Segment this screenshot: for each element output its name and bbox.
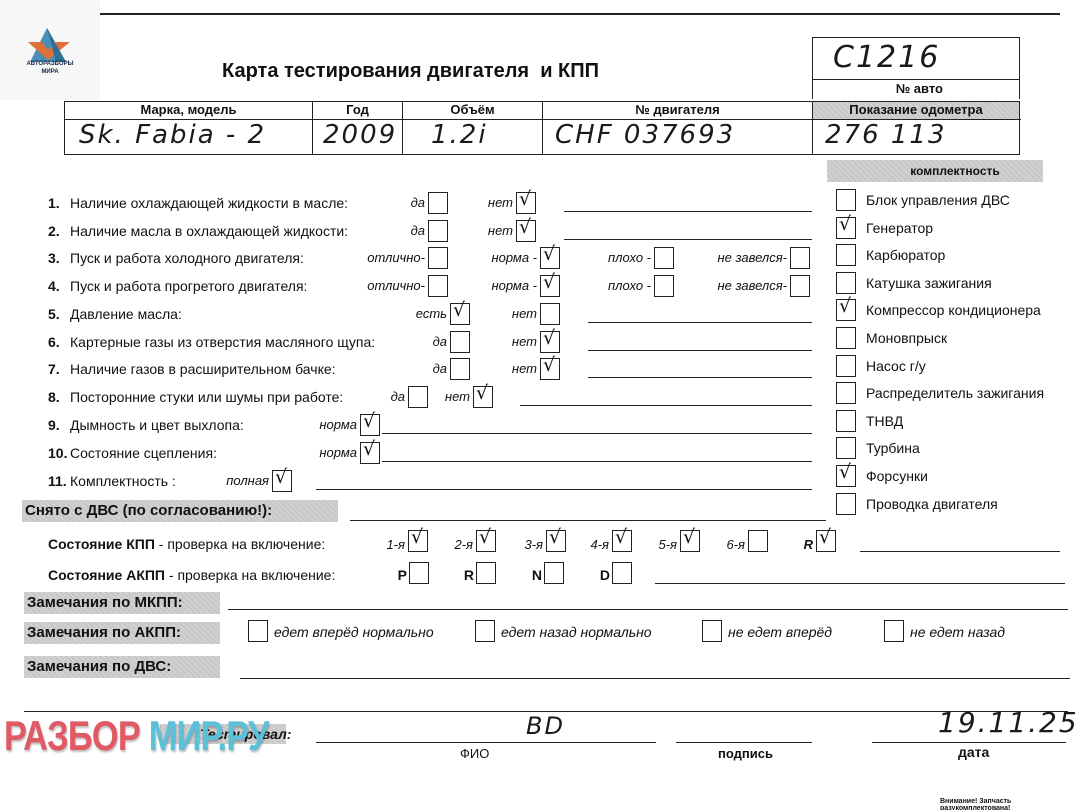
watermark-part1: РАЗБОР <box>4 712 140 759</box>
comment-line[interactable] <box>382 433 812 434</box>
completeness-checkbox[interactable] <box>836 382 856 404</box>
gear-label: R <box>464 567 474 583</box>
question-number: 3. <box>48 250 60 266</box>
question-number: 1. <box>48 195 60 211</box>
manual-gearbox-label: Состояние КПП - проверка на включение: <box>48 536 325 552</box>
comment-line[interactable] <box>382 461 812 462</box>
sign-label: подпись <box>718 746 773 761</box>
car-number-label: № авто <box>812 79 1020 99</box>
gear-checkbox[interactable] <box>612 562 632 584</box>
question-number: 10. <box>48 445 67 461</box>
question-label: Дымность и цвет выхлопа: <box>70 417 244 433</box>
question-number: 9. <box>48 417 60 433</box>
notice-text: Внимание! Запчасть разукомплектована! <box>940 798 1080 810</box>
checkmark-icon: √ <box>543 356 555 375</box>
gear-checkbox[interactable]: √ <box>408 530 428 552</box>
completeness-checkbox[interactable] <box>836 244 856 266</box>
question-label: Наличие газов в расширительном бачке: <box>70 361 336 377</box>
engine-number-value[interactable]: CHF 037693 <box>555 120 735 150</box>
completeness-label: Форсунки <box>866 468 928 484</box>
question-number: 2. <box>48 223 60 239</box>
option-label: да <box>411 223 425 238</box>
remarks-mkpp-label: Замечания по МКПП: <box>24 592 220 614</box>
checkmark-icon: √ <box>839 463 851 482</box>
date-label: дата <box>958 744 989 760</box>
gear-label: 1-я <box>386 537 405 552</box>
checkmark-icon: √ <box>519 190 531 209</box>
completeness-checkbox[interactable] <box>836 272 856 294</box>
question-label: Наличие масла в охлаждающей жидкости: <box>70 223 348 239</box>
checkmark-icon: √ <box>549 528 561 547</box>
completeness-header: комплектность <box>827 160 1043 182</box>
option-label: да <box>391 389 405 404</box>
removed-label: Снято с ДВС (по согласованию!): <box>22 500 338 522</box>
option-label: да <box>433 334 447 349</box>
option-label: плохо - <box>608 250 651 265</box>
completeness-label: Карбюратор <box>866 247 945 263</box>
option-checkbox[interactable]: √ <box>360 414 380 436</box>
header-col-odometer: Показание одометра <box>813 102 1019 119</box>
completeness-label: Распределитель зажигания <box>866 385 1044 401</box>
gear-label: 6-я <box>726 537 745 552</box>
question-number: 4. <box>48 278 60 294</box>
completeness-checkbox[interactable]: √ <box>836 299 856 321</box>
completeness-checkbox[interactable] <box>836 355 856 377</box>
checkmark-icon: √ <box>519 218 531 237</box>
auto-gearbox-line[interactable] <box>655 583 1065 584</box>
volume-value[interactable]: 1.2i <box>431 120 488 150</box>
option-label: нет <box>488 195 513 210</box>
option-checkbox[interactable] <box>450 331 470 353</box>
completeness-label: Насос г/у <box>866 358 926 374</box>
completeness-label: Моновпрыск <box>866 330 947 346</box>
option-checkbox[interactable] <box>408 386 428 408</box>
fio-line[interactable] <box>316 742 656 743</box>
checkmark-icon: √ <box>819 528 831 547</box>
question-number: 8. <box>48 389 60 405</box>
akpp-option-checkbox[interactable] <box>248 620 268 642</box>
option-label: норма <box>319 417 357 432</box>
header-table: Марка, модель Год Объём № двигателя Пока… <box>64 101 1020 155</box>
akpp-option-label: едет вперёд нормально <box>274 624 434 640</box>
date-line[interactable] <box>872 742 1066 743</box>
option-checkbox[interactable]: √ <box>516 220 536 242</box>
comment-line[interactable] <box>588 377 812 378</box>
checkmark-icon: √ <box>363 412 375 431</box>
gear-checkbox[interactable]: √ <box>612 530 632 552</box>
option-label: нет <box>512 361 537 376</box>
checkmark-icon: √ <box>275 468 287 487</box>
completeness-label: Компрессор кондиционера <box>866 302 1041 318</box>
checkmark-icon: √ <box>543 273 555 292</box>
question-label: Состояние сцепления: <box>70 445 217 461</box>
auto-gearbox-label: Состояние АКПП - проверка на включение: <box>48 567 335 583</box>
option-label: нет <box>445 389 470 404</box>
gear-checkbox[interactable] <box>544 562 564 584</box>
watermark-part2: МИР.РУ <box>149 712 269 759</box>
fio-label: ФИО <box>460 746 489 761</box>
gear-checkbox[interactable] <box>476 562 496 584</box>
option-checkbox[interactable]: √ <box>540 358 560 380</box>
option-checkbox[interactable]: √ <box>473 386 493 408</box>
checkmark-icon: √ <box>543 329 555 348</box>
completeness-checkbox[interactable]: √ <box>836 217 856 239</box>
completeness-label: ТНВД <box>866 413 903 429</box>
remarks-dvs-line[interactable] <box>240 678 1070 679</box>
gear-label: P <box>398 567 407 583</box>
car-number-value: C1216 <box>833 40 940 75</box>
completeness-label: Генератор <box>866 220 933 236</box>
option-label: нет <box>512 306 537 321</box>
question-label: Пуск и работа прогретого двигателя: <box>70 278 307 294</box>
option-checkbox[interactable] <box>428 220 448 242</box>
option-label: не завелся- <box>717 278 787 293</box>
checkmark-icon: √ <box>479 528 491 547</box>
checkmark-icon: √ <box>453 301 465 320</box>
page-title: Карта тестирования двигателя и КПП <box>222 60 599 83</box>
sign-line[interactable] <box>676 742 812 743</box>
completeness-label: Блок управления ДВС <box>866 192 1010 208</box>
akpp-option-label: не едет назад <box>910 624 1005 640</box>
option-checkbox[interactable] <box>428 247 448 269</box>
completeness-checkbox[interactable] <box>836 327 856 349</box>
completeness-checkbox[interactable] <box>836 493 856 515</box>
option-checkbox[interactable]: √ <box>540 331 560 353</box>
option-checkbox[interactable] <box>450 358 470 380</box>
completeness-label: Катушка зажигания <box>866 275 992 291</box>
logo-mountain-icon <box>0 20 100 90</box>
option-label: да <box>433 361 447 376</box>
year-value[interactable]: 2009 <box>323 120 397 150</box>
question-label: Посторонние стуки или шумы при работе: <box>70 389 343 405</box>
top-border-line <box>100 13 1060 15</box>
comment-line[interactable] <box>564 211 812 212</box>
option-checkbox[interactable] <box>428 192 448 214</box>
question-label: Наличие охлаждающей жидкости в масле: <box>70 195 348 211</box>
gear-label: D <box>600 567 610 583</box>
option-checkbox[interactable] <box>790 275 810 297</box>
question-label: Давление масла: <box>70 306 182 322</box>
completeness-checkbox[interactable]: √ <box>836 465 856 487</box>
option-label: норма - <box>491 278 537 293</box>
option-checkbox[interactable] <box>790 247 810 269</box>
option-checkbox[interactable] <box>428 275 448 297</box>
watermark: РАЗБОР МИР.РУ <box>4 712 269 760</box>
question-number: 5. <box>48 306 60 322</box>
gear-checkbox[interactable]: √ <box>816 530 836 552</box>
akpp-option-checkbox[interactable] <box>884 620 904 642</box>
completeness-label: Проводка двигателя <box>866 496 998 512</box>
option-label: отлично- <box>367 278 425 293</box>
manual-gearbox-line[interactable] <box>860 551 1060 552</box>
checkmark-icon: √ <box>363 440 375 459</box>
gear-checkbox[interactable] <box>748 530 768 552</box>
question-label: Пуск и работа холодного двигателя: <box>70 250 304 266</box>
checkmark-icon: √ <box>476 384 488 403</box>
option-checkbox[interactable]: √ <box>272 470 292 492</box>
question-number: 7. <box>48 361 60 377</box>
option-checkbox[interactable]: √ <box>360 442 380 464</box>
remarks-akpp-label: Замечания по АКПП: <box>24 622 220 644</box>
option-checkbox[interactable]: √ <box>450 303 470 325</box>
option-checkbox[interactable] <box>540 303 560 325</box>
option-checkbox[interactable]: √ <box>540 275 560 297</box>
question-number: 6. <box>48 334 60 350</box>
option-label: норма - <box>491 250 537 265</box>
odometer-value[interactable]: 276 113 <box>825 120 947 150</box>
gear-label: N <box>532 567 542 583</box>
option-label: нет <box>488 223 513 238</box>
question-label: Комплектность : <box>70 473 176 489</box>
remarks-mkpp-line[interactable] <box>228 609 1068 610</box>
car-number-box: C1216 <box>812 37 1020 80</box>
option-label: есть <box>416 306 447 321</box>
checkmark-icon: √ <box>839 215 851 234</box>
option-label: не завелся- <box>717 250 787 265</box>
option-label: нет <box>512 334 537 349</box>
gear-label: R <box>804 537 813 552</box>
akpp-option-label: едет назад нормально <box>501 624 652 640</box>
completeness-checkbox[interactable] <box>836 410 856 432</box>
logo: АВТОРАЗБОРЫ МИРА <box>0 0 100 100</box>
checkmark-icon: √ <box>683 528 695 547</box>
completeness-checkbox[interactable] <box>836 189 856 211</box>
gear-label: 4-я <box>590 537 609 552</box>
checkmark-icon: √ <box>615 528 627 547</box>
gear-label: 2-я <box>454 537 473 552</box>
akpp-option-checkbox[interactable] <box>475 620 495 642</box>
question-label: Картерные газы из отверстия масляного щу… <box>70 334 375 350</box>
gear-label: 5-я <box>658 537 677 552</box>
date-value[interactable]: 19.11.25 <box>938 706 1079 739</box>
logo-text: АВТОРАЗБОРЫ МИРА <box>18 60 82 76</box>
option-label: полная <box>226 473 269 488</box>
option-label: да <box>411 195 425 210</box>
comment-line[interactable] <box>520 405 812 406</box>
gear-checkbox[interactable]: √ <box>680 530 700 552</box>
model-value[interactable]: Sk. Fabia - 2 <box>79 120 266 150</box>
completeness-checkbox[interactable] <box>836 437 856 459</box>
gear-checkbox[interactable]: √ <box>476 530 496 552</box>
checkmark-icon: √ <box>839 297 851 316</box>
option-label: отлично- <box>367 250 425 265</box>
removed-line[interactable] <box>350 520 826 521</box>
gear-checkbox[interactable]: √ <box>546 530 566 552</box>
option-checkbox[interactable]: √ <box>516 192 536 214</box>
question-number: 11. <box>48 473 67 489</box>
remarks-dvs-label: Замечания по ДВС: <box>24 656 220 678</box>
akpp-option-label: не едет вперёд <box>728 624 832 640</box>
checkmark-icon: √ <box>543 245 555 264</box>
option-checkbox[interactable] <box>654 275 674 297</box>
checkmark-icon: √ <box>411 528 423 547</box>
akpp-option-checkbox[interactable] <box>702 620 722 642</box>
comment-line[interactable] <box>588 322 812 323</box>
comment-line[interactable] <box>588 350 812 351</box>
option-checkbox[interactable]: √ <box>540 247 560 269</box>
fio-value[interactable]: BD <box>526 712 565 740</box>
option-checkbox[interactable] <box>654 247 674 269</box>
comment-line[interactable] <box>564 239 812 240</box>
option-label: плохо - <box>608 278 651 293</box>
gear-checkbox[interactable] <box>409 562 429 584</box>
completeness-label: Турбина <box>866 440 920 456</box>
gear-label: 3-я <box>524 537 543 552</box>
option-label: норма <box>319 445 357 460</box>
comment-line[interactable] <box>316 489 812 490</box>
